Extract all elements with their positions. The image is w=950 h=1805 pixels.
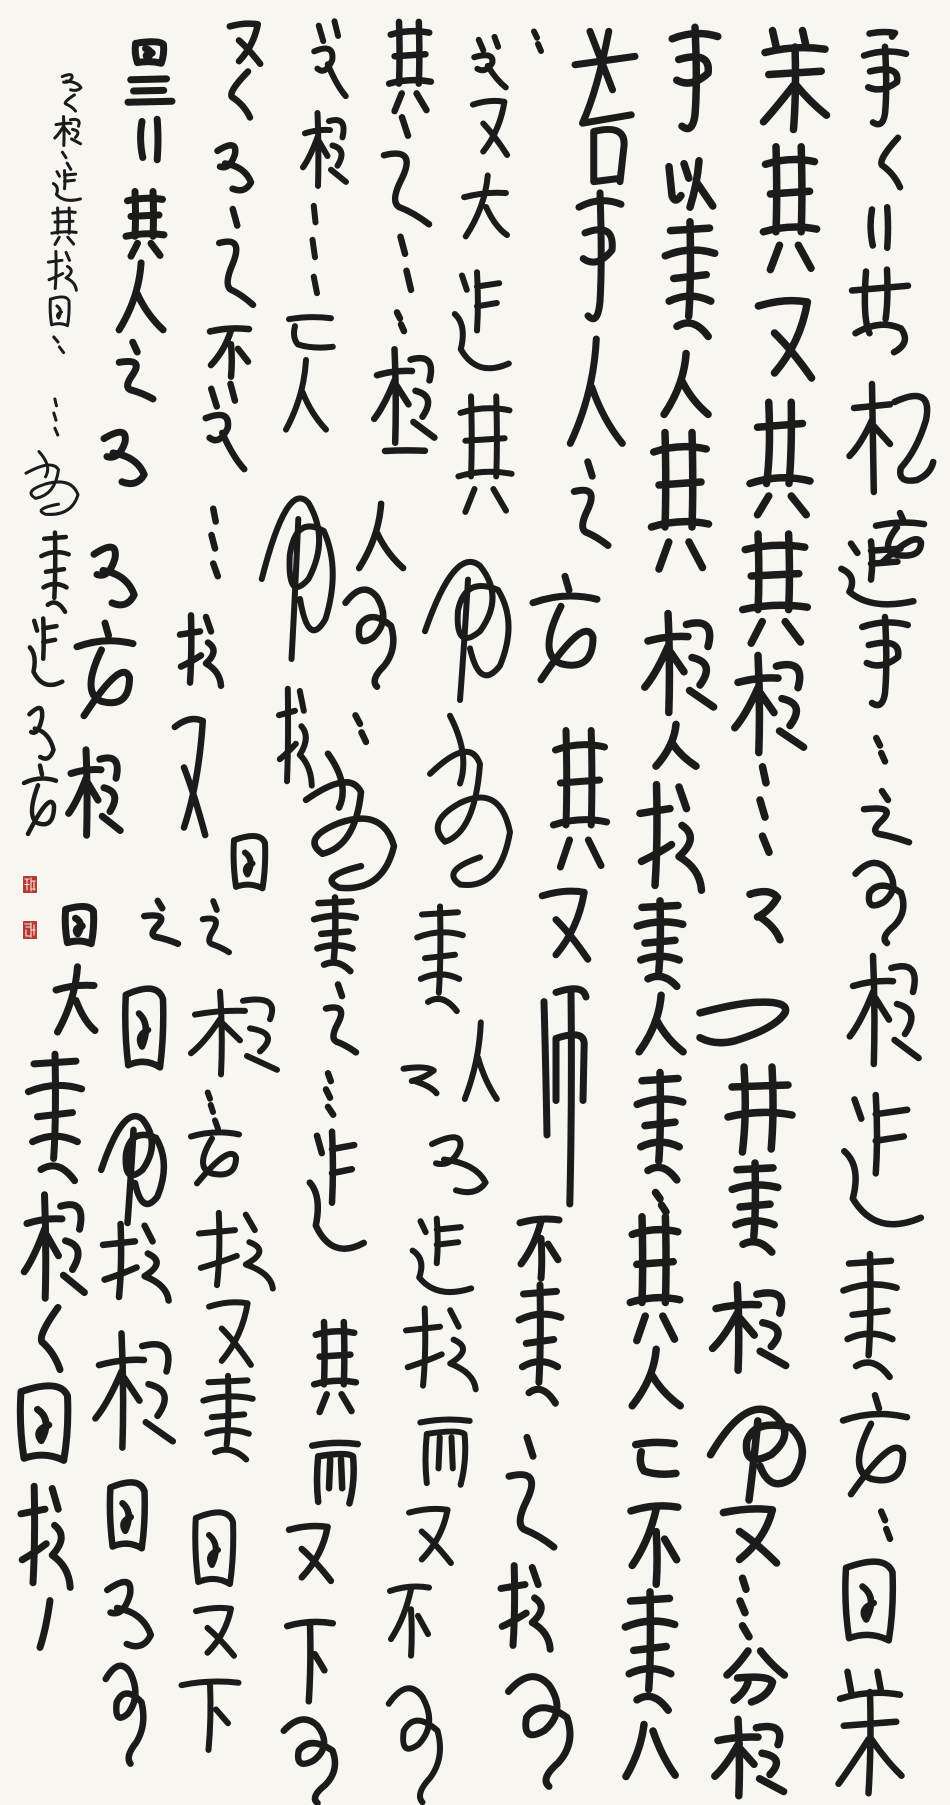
calligraphy-scroll: [0, 0, 950, 1805]
brush-glyph-dots3-icon: [313, 206, 318, 293]
calligraphy-artwork: [0, 0, 950, 1805]
brush-glyph-san-icon: [128, 79, 172, 102]
brush-glyph-yi-icon: [385, 450, 425, 451]
seal-stamp-icon: [23, 876, 37, 893]
seal-stamp-icon: [23, 921, 37, 939]
